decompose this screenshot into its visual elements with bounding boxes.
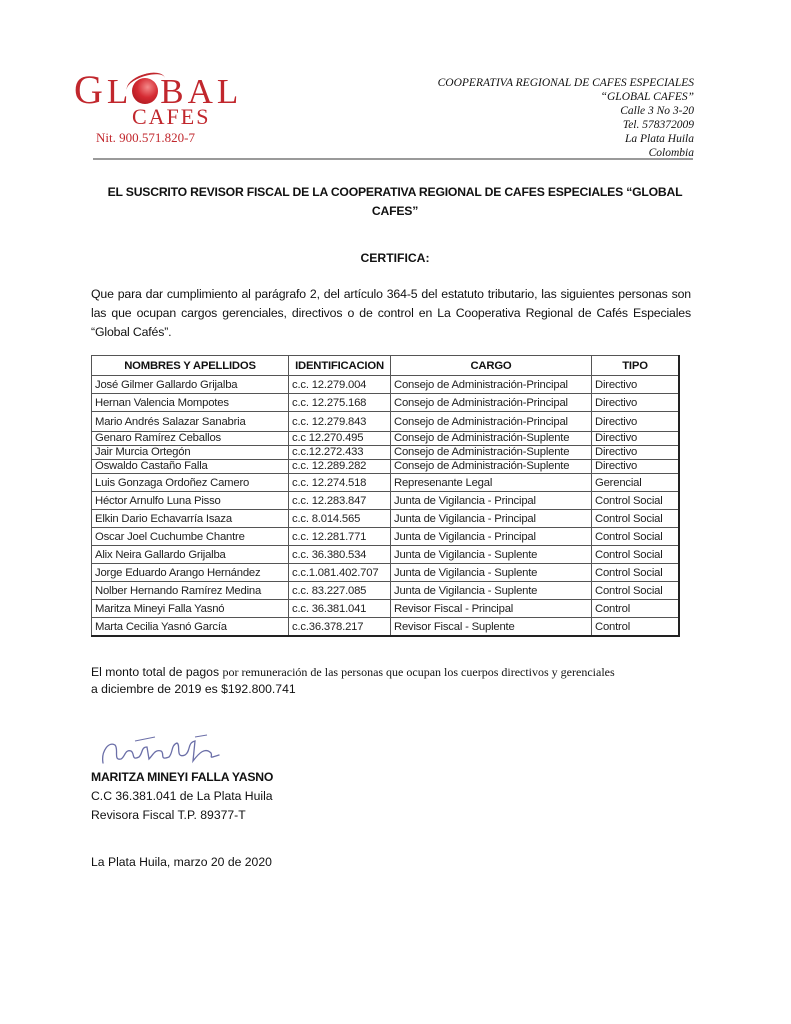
- cell-cargo: Consejo de Administración-Principal: [391, 412, 592, 432]
- cell-tipo: Directivo: [592, 394, 680, 412]
- cell-cargo: Consejo de Administración-Principal: [391, 394, 592, 412]
- cell-name: Mario Andrés Salazar Sanabria: [92, 412, 289, 432]
- address-line: “GLOBAL CAFES”: [438, 90, 694, 104]
- cell-cargo: Junta de Vigilancia - Principal: [391, 492, 592, 510]
- cell-cargo: Consejo de Administración-Principal: [391, 376, 592, 394]
- address-line: La Plata Huila: [438, 132, 694, 146]
- cell-cargo: Represenante Legal: [391, 474, 592, 492]
- table-row: Luis Gonzaga Ordoñez Cameroc.c. 12.274.5…: [92, 474, 680, 492]
- table-row: Genaro Ramírez Ceballosc.c 12.270.495Con…: [92, 432, 680, 446]
- letterhead-divider: [93, 158, 693, 160]
- cell-name: Maritza Mineyi Falla Yasnó: [92, 600, 289, 618]
- table-row: Mario Andrés Salazar Sanabriac.c. 12.279…: [92, 412, 680, 432]
- cell-id: c.c. 12.274.518: [289, 474, 391, 492]
- total-text-part1: El monto total de pagos: [91, 665, 222, 679]
- table-body: José Gilmer Gallardo Grijalbac.c. 12.279…: [92, 376, 680, 637]
- cell-name: Oscar Joel Cuchumbe Chantre: [92, 528, 289, 546]
- cell-cargo: Consejo de Administración-Suplente: [391, 460, 592, 474]
- cell-id: c.c. 12.281.771: [289, 528, 391, 546]
- total-amount-line: a diciembre de 2019 es $192.800.741: [91, 681, 711, 698]
- address-line: COOPERATIVA REGIONAL DE CAFES ESPECIALES: [438, 76, 694, 90]
- cell-name: Jair Murcia Ortegón: [92, 446, 289, 460]
- table-row: Elkin Dario Echavarría Isazac.c. 8.014.5…: [92, 510, 680, 528]
- address-line: Calle 3 No 3-20: [438, 104, 694, 118]
- cell-tipo: Directivo: [592, 446, 680, 460]
- cell-id: c.c. 8.014.565: [289, 510, 391, 528]
- table-row: Jair Murcia Ortegónc.c.12.272.433Consejo…: [92, 446, 680, 460]
- cell-id: c.c.36.378.217: [289, 618, 391, 637]
- cell-tipo: Control Social: [592, 582, 680, 600]
- cell-id: c.c. 36.381.041: [289, 600, 391, 618]
- cell-tipo: Control Social: [592, 528, 680, 546]
- document-title: EL SUSCRITO REVISOR FISCAL DE LA COOPERA…: [100, 183, 690, 221]
- cell-id: c.c. 12.279.843: [289, 412, 391, 432]
- cell-id: c.c. 12.275.168: [289, 394, 391, 412]
- handwritten-signature: [95, 733, 225, 769]
- letterhead-address: COOPERATIVA REGIONAL DE CAFES ESPECIALES…: [438, 76, 694, 160]
- logo-cafes: CAFES: [132, 104, 210, 130]
- table-row: Maritza Mineyi Falla Yasnóc.c. 36.381.04…: [92, 600, 680, 618]
- table-row: José Gilmer Gallardo Grijalbac.c. 12.279…: [92, 376, 680, 394]
- cell-cargo: Revisor Fiscal - Principal: [391, 600, 592, 618]
- place-and-date: La Plata Huila, marzo 20 de 2020: [91, 855, 272, 869]
- global-cafes-logo: GLBAL CAFES Nit. 900.571.820-7: [74, 72, 244, 152]
- document-page: GLBAL CAFES Nit. 900.571.820-7 COOPERATI…: [0, 0, 791, 1024]
- title-line: CAFES”: [100, 202, 690, 221]
- header-names: NOMBRES Y APELLIDOS: [92, 356, 289, 376]
- cell-name: Marta Cecilia Yasnó García: [92, 618, 289, 637]
- table-row: Oswaldo Castaño Fallac.c. 12.289.282Cons…: [92, 460, 680, 474]
- table-row: Hernan Valencia Mompotesc.c. 12.275.168C…: [92, 394, 680, 412]
- cell-tipo: Directivo: [592, 432, 680, 446]
- cell-cargo: Consejo de Administración-Suplente: [391, 432, 592, 446]
- cell-id: c.c.1.081.402.707: [289, 564, 391, 582]
- signatory-id: C.C 36.381.041 de La Plata Huila: [91, 787, 273, 806]
- cell-id: c.c. 36.380.534: [289, 546, 391, 564]
- header-identification: IDENTIFICACION: [289, 356, 391, 376]
- cell-cargo: Revisor Fiscal - Suplente: [391, 618, 592, 637]
- signatory-role: Revisora Fiscal T.P. 89377-T: [91, 806, 273, 825]
- cell-cargo: Junta de Vigilancia - Suplente: [391, 582, 592, 600]
- title-line: EL SUSCRITO REVISOR FISCAL DE LA COOPERA…: [100, 183, 690, 202]
- cell-tipo: Control Social: [592, 492, 680, 510]
- header-cargo: CARGO: [391, 356, 592, 376]
- cell-tipo: Directivo: [592, 376, 680, 394]
- header-tipo: TIPO: [592, 356, 680, 376]
- cell-id: c.c. 12.283.847: [289, 492, 391, 510]
- cell-cargo: Consejo de Administración-Suplente: [391, 446, 592, 460]
- address-line: Tel. 578372009: [438, 118, 694, 132]
- table-row: Marta Cecilia Yasnó Garcíac.c.36.378.217…: [92, 618, 680, 637]
- cell-id: c.c. 12.279.004: [289, 376, 391, 394]
- cell-tipo: Control: [592, 618, 680, 637]
- cell-name: Alix Neira Gallardo Grijalba: [92, 546, 289, 564]
- cell-id: c.c. 83.227.085: [289, 582, 391, 600]
- cell-name: Genaro Ramírez Ceballos: [92, 432, 289, 446]
- cell-tipo: Control: [592, 600, 680, 618]
- cell-tipo: Directivo: [592, 460, 680, 474]
- cell-name: Luis Gonzaga Ordoñez Camero: [92, 474, 289, 492]
- total-text-part2: por remuneración de las personas que ocu…: [222, 665, 614, 679]
- globe-icon: [132, 78, 158, 104]
- cell-tipo: Control Social: [592, 546, 680, 564]
- cell-name: Héctor Arnulfo Luna Pisso: [92, 492, 289, 510]
- table-row: Nolber Hernando Ramírez Medinac.c. 83.22…: [92, 582, 680, 600]
- table-row: Jorge Eduardo Arango Hernándezc.c.1.081.…: [92, 564, 680, 582]
- cell-cargo: Junta de Vigilancia - Principal: [391, 510, 592, 528]
- cell-name: Hernan Valencia Mompotes: [92, 394, 289, 412]
- table-header-row: NOMBRES Y APELLIDOS IDENTIFICACION CARGO…: [92, 356, 680, 376]
- signatory-block: MARITZA MINEYI FALLA YASNO C.C 36.381.04…: [91, 768, 273, 825]
- cell-tipo: Control Social: [592, 564, 680, 582]
- cell-name: Oswaldo Castaño Falla: [92, 460, 289, 474]
- cell-name: Nolber Hernando Ramírez Medina: [92, 582, 289, 600]
- intro-paragraph: Que para dar cumplimiento al parágrafo 2…: [91, 285, 691, 342]
- cell-cargo: Junta de Vigilancia - Suplente: [391, 564, 592, 582]
- table-row: Oscar Joel Cuchumbe Chantrec.c. 12.281.7…: [92, 528, 680, 546]
- cell-id: c.c.12.272.433: [289, 446, 391, 460]
- cell-tipo: Directivo: [592, 412, 680, 432]
- total-payments-statement: El monto total de pagos por remuneración…: [91, 664, 711, 698]
- cell-tipo: Control Social: [592, 510, 680, 528]
- cell-cargo: Junta de Vigilancia - Suplente: [391, 546, 592, 564]
- cell-name: Jorge Eduardo Arango Hernández: [92, 564, 289, 582]
- cell-name: José Gilmer Gallardo Grijalba: [92, 376, 289, 394]
- logo-nit: Nit. 900.571.820-7: [96, 130, 195, 146]
- table-row: Héctor Arnulfo Luna Pissoc.c. 12.283.847…: [92, 492, 680, 510]
- cell-id: c.c. 12.289.282: [289, 460, 391, 474]
- members-table: NOMBRES Y APELLIDOS IDENTIFICACION CARGO…: [91, 355, 680, 637]
- certifica-heading: CERTIFICA:: [100, 251, 690, 265]
- cell-tipo: Gerencial: [592, 474, 680, 492]
- cell-name: Elkin Dario Echavarría Isaza: [92, 510, 289, 528]
- table-row: Alix Neira Gallardo Grijalbac.c. 36.380.…: [92, 546, 680, 564]
- cell-cargo: Junta de Vigilancia - Principal: [391, 528, 592, 546]
- signatory-name: MARITZA MINEYI FALLA YASNO: [91, 768, 273, 787]
- cell-id: c.c 12.270.495: [289, 432, 391, 446]
